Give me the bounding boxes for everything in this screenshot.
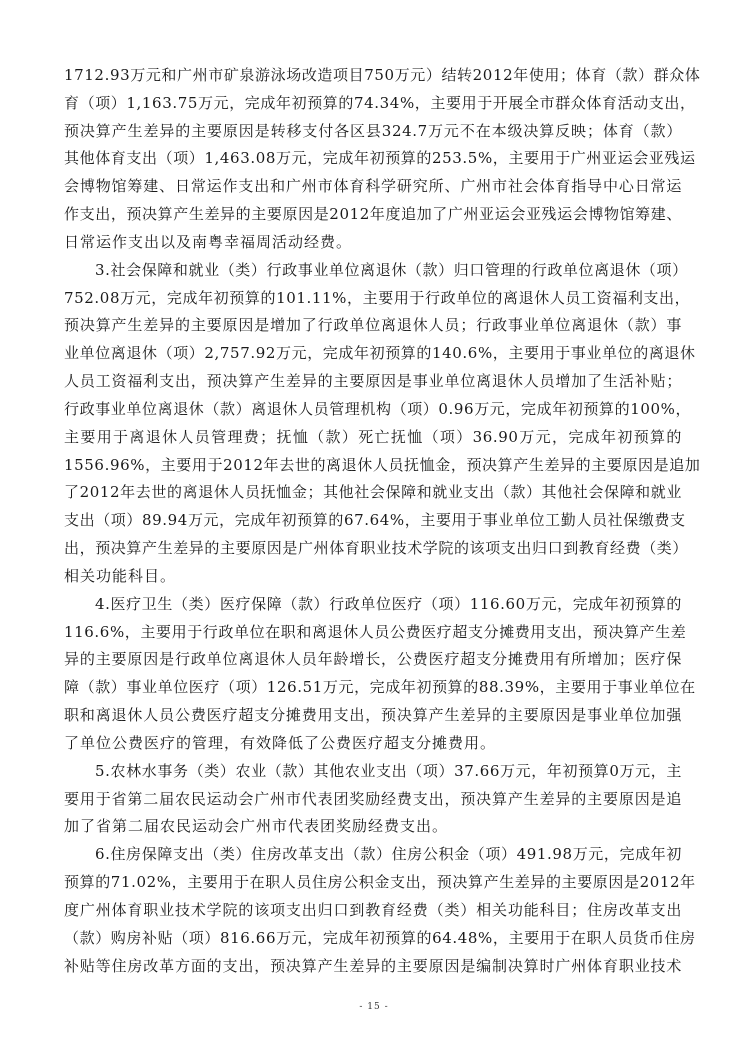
page-number: - 15 - — [0, 1002, 748, 1012]
text-line: 异的主要原因是行政单位离退休人员年龄增长，公费医疗超支分摊费用有所增加；医疗保 — [64, 646, 682, 674]
text-line: 度广州体育职业技术学院的该项支出归口到教育经费（类）相关功能科目；住房改革支出 — [64, 897, 682, 925]
text-line: 人员工资福利支出，预决算产生差异的主要原因是事业单位离退休人员增加了生活补贴； — [64, 368, 682, 396]
paragraph-agriculture: 5.农林水事务（类）农业（款）其他农业支出（项）37.66万元，年初预算0万元，… — [64, 758, 682, 841]
text-line: 支出（项）89.94万元，完成年初预算的67.64%，主要用于事业单位工勤人员社… — [64, 507, 682, 535]
paragraph-medical: 4.医疗卫生（类）医疗保障（款）行政单位医疗（项）116.60万元，完成年初预算… — [64, 591, 682, 758]
text-line: 116.6%，主要用于行政单位在职和离退休人员公费医疗超支分摊费用支出，预决算产… — [64, 619, 682, 647]
text-line: 1712.93万元和广州市矿泉游泳场改造项目750万元）结转2012年使用；体育… — [64, 62, 682, 90]
paragraph-housing: 6.住房保障支出（类）住房改革支出（款）住房公积金（项）491.98万元，完成年… — [64, 841, 682, 980]
text-line: 出，预决算产生差异的主要原因是广州体育职业技术学院的该项支出归口到教育经费（类） — [64, 535, 682, 563]
text-line: 补贴等住房改革方面的支出，预决算产生差异的主要原因是编制决算时广州体育职业技术 — [64, 953, 682, 981]
text-line: 6.住房保障支出（类）住房改革支出（款）住房公积金（项）491.98万元，完成年… — [64, 841, 682, 869]
text-line: 作支出，预决算产生差异的主要原因是2012年度追加了广州亚运会亚残运会博物馆筹建… — [64, 201, 682, 229]
text-line: 752.08万元，完成年初预算的101.11%，主要用于行政单位的离退休人员工资… — [64, 285, 682, 313]
text-line: 其他体育支出（项）1,463.08万元，完成年初预算的253.5%，主要用于广州… — [64, 145, 682, 173]
text-line: 预决算产生差异的主要原因是转移支付各区县324.7万元不在本级决算反映；体育（款… — [64, 118, 682, 146]
text-line: 主要用于离退休人员管理费；抚恤（款）死亡抚恤（项）36.90万元，完成年初预算的 — [64, 424, 682, 452]
text-line: 育（项）1,163.75万元，完成年初预算的74.34%，主要用于开展全市群众体… — [64, 90, 682, 118]
text-line: 相关功能科目。 — [64, 563, 682, 591]
text-line: 职和离退休人员公费医疗超支分摊费用支出，预决算产生差异的主要原因是事业单位加强 — [64, 702, 682, 730]
text-line: 日常运作支出以及南粤幸福周活动经费。 — [64, 229, 682, 257]
paragraph-social-security: 3.社会保障和就业（类）行政事业单位离退休（款）归口管理的行政单位离退休（项） … — [64, 257, 682, 591]
text-line: 5.农林水事务（类）农业（款）其他农业支出（项）37.66万元，年初预算0万元，… — [64, 758, 682, 786]
text-line: （款）购房补贴（项）816.66万元，完成年初预算的64.48%，主要用于在职人… — [64, 925, 682, 953]
text-line: 3.社会保障和就业（类）行政事业单位离退休（款）归口管理的行政单位离退休（项） — [64, 257, 682, 285]
text-line: 1556.96%，主要用于2012年去世的离退休人员抚恤金，预决算产生差异的主要… — [64, 452, 682, 480]
text-line: 障（款）事业单位医疗（项）126.51万元，完成年初预算的88.39%，主要用于… — [64, 674, 682, 702]
text-line: 行政事业单位离退休（款）离退休人员管理机构（项）0.96万元，完成年初预算的10… — [64, 396, 682, 424]
document-page: 1712.93万元和广州市矿泉游泳场改造项目750万元）结转2012年使用；体育… — [0, 0, 748, 1059]
text-line: 要用于省第二届农民运动会广州市代表团奖励经费支出，预决算产生差异的主要原因是追 — [64, 786, 682, 814]
text-line: 了2012年去世的离退休人员抚恤金；其他社会保障和就业支出（款）其他社会保障和就… — [64, 479, 682, 507]
paragraph-continuation: 1712.93万元和广州市矿泉游泳场改造项目750万元）结转2012年使用；体育… — [64, 62, 682, 257]
text-line: 会博物馆筹建、日常运作支出和广州市体育科学研究所、广州市社会体育指导中心日常运 — [64, 173, 682, 201]
text-line: 了单位公费医疗的管理，有效降低了公费医疗超支分摊费用。 — [64, 730, 682, 758]
text-line: 加了省第二届农民运动会广州市代表团奖励经费支出。 — [64, 813, 682, 841]
body-text: 1712.93万元和广州市矿泉游泳场改造项目750万元）结转2012年使用；体育… — [64, 62, 682, 980]
text-line: 业单位离退休（项）2,757.92万元，完成年初预算的140.6%，主要用于事业… — [64, 340, 682, 368]
text-line: 预决算产生差异的主要原因是增加了行政单位离退休人员；行政事业单位离退休（款）事 — [64, 312, 682, 340]
text-line: 预算的71.02%，主要用于在职人员住房公积金支出，预决算产生差异的主要原因是2… — [64, 869, 682, 897]
text-line: 4.医疗卫生（类）医疗保障（款）行政单位医疗（项）116.60万元，完成年初预算… — [64, 591, 682, 619]
